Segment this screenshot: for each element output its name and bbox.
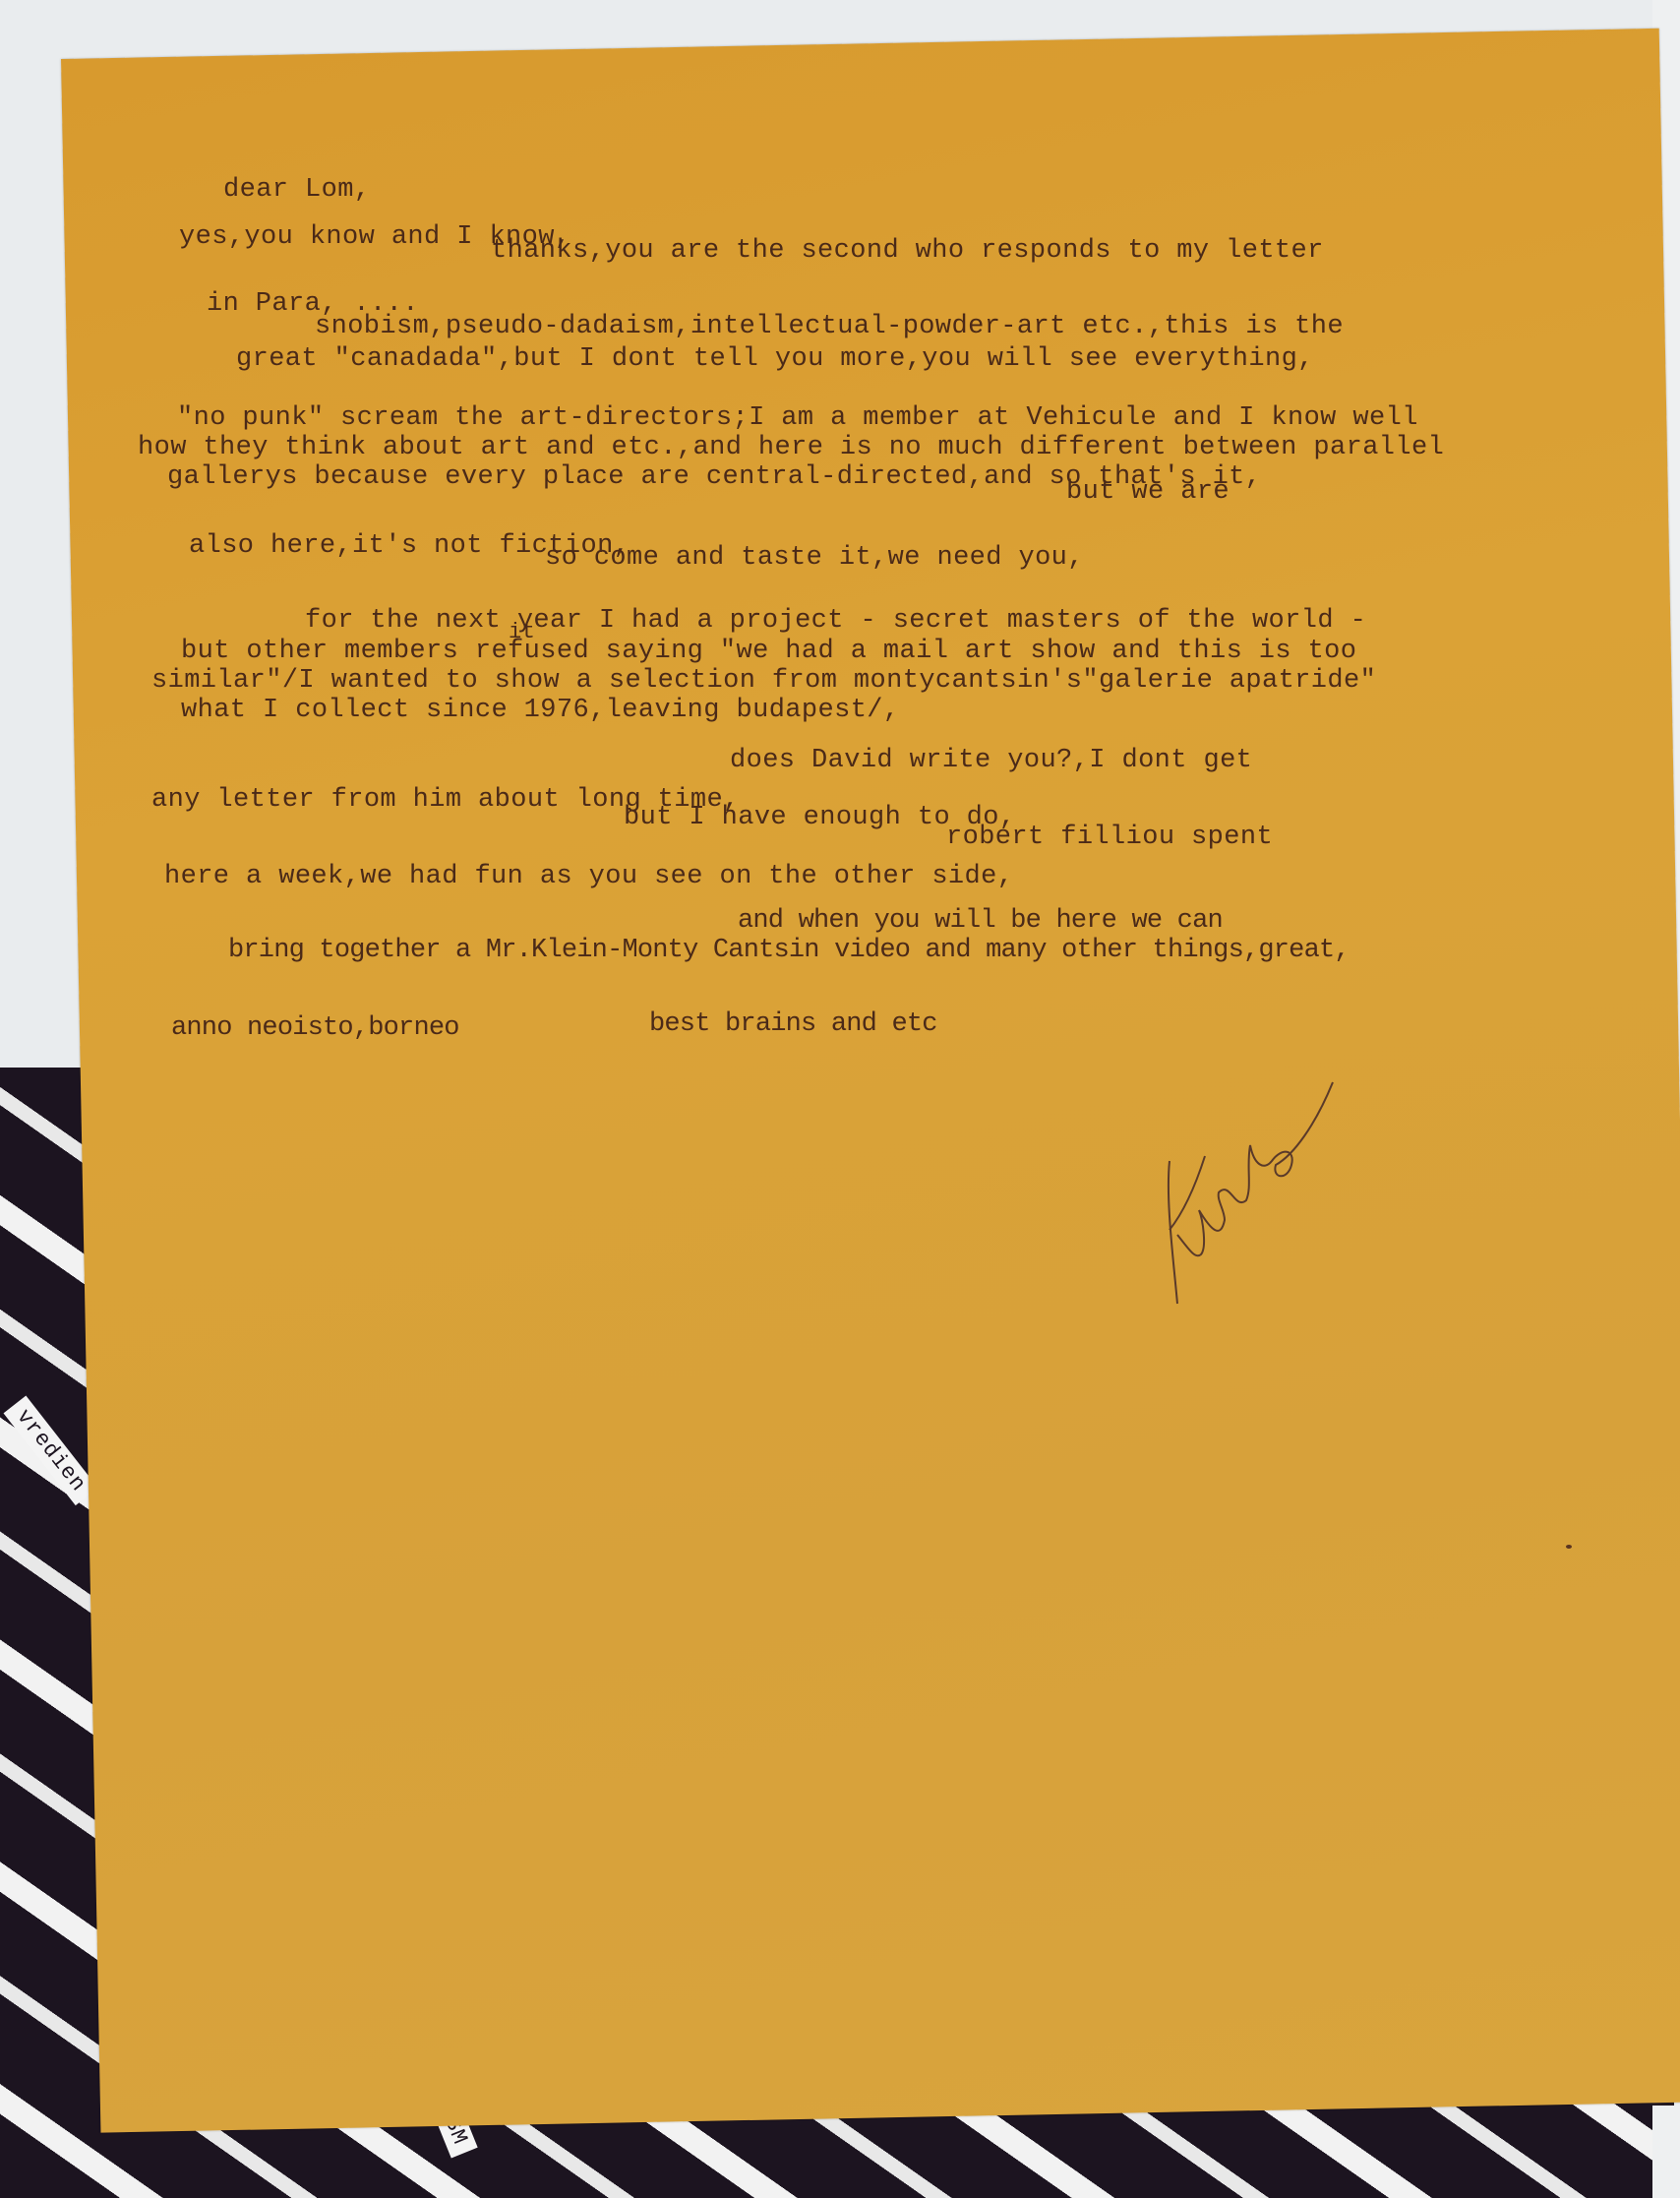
letter-line: but we are (1066, 479, 1230, 506)
letter-line: great "canadada",but I dont tell you mor… (236, 346, 1314, 373)
closing-greeting: best brains and etc (649, 1011, 937, 1038)
letter-line: robert filliou spent (946, 824, 1273, 851)
closing-place: anno neoisto,borneo (171, 1015, 459, 1042)
letter-line: here a week,we had fun as you see on the… (164, 864, 1013, 890)
letter-line: for the next year I had a project - secr… (305, 608, 1366, 635)
letter-line: so come and taste it,we need you, (545, 545, 1084, 572)
letter-line: "no punk" scream the art-directors;I am … (177, 405, 1418, 432)
letter-line: bring together a Mr.Klein-Monty Cantsin … (228, 938, 1350, 964)
letter-line: does David write you?,I dont get (730, 748, 1252, 774)
letter-line: similar"/I wanted to show a selection fr… (151, 668, 1376, 695)
letter-line: snobism,pseudo-dadaism,intellectual-powd… (315, 314, 1344, 340)
letter-line: but other members refused saying "we had… (181, 639, 1356, 665)
paper-speck (1566, 1545, 1572, 1549)
letter-line: thanks,you are the second who responds t… (491, 238, 1324, 265)
handwritten-signature: Kantor (1156, 1063, 1411, 1318)
letter-body: dear Lom, yes,you know and I know, thank… (61, 59, 1659, 2133)
letter-line: what I collect since 1976,leaving budape… (181, 698, 900, 724)
letter-sheet: dear Lom, yes,you know and I know, thank… (61, 29, 1680, 2133)
salutation: dear Lom, (223, 177, 370, 204)
letter-line: and when you will be here we can (738, 908, 1223, 935)
letter-line: how they think about art and etc.,and he… (138, 435, 1444, 461)
